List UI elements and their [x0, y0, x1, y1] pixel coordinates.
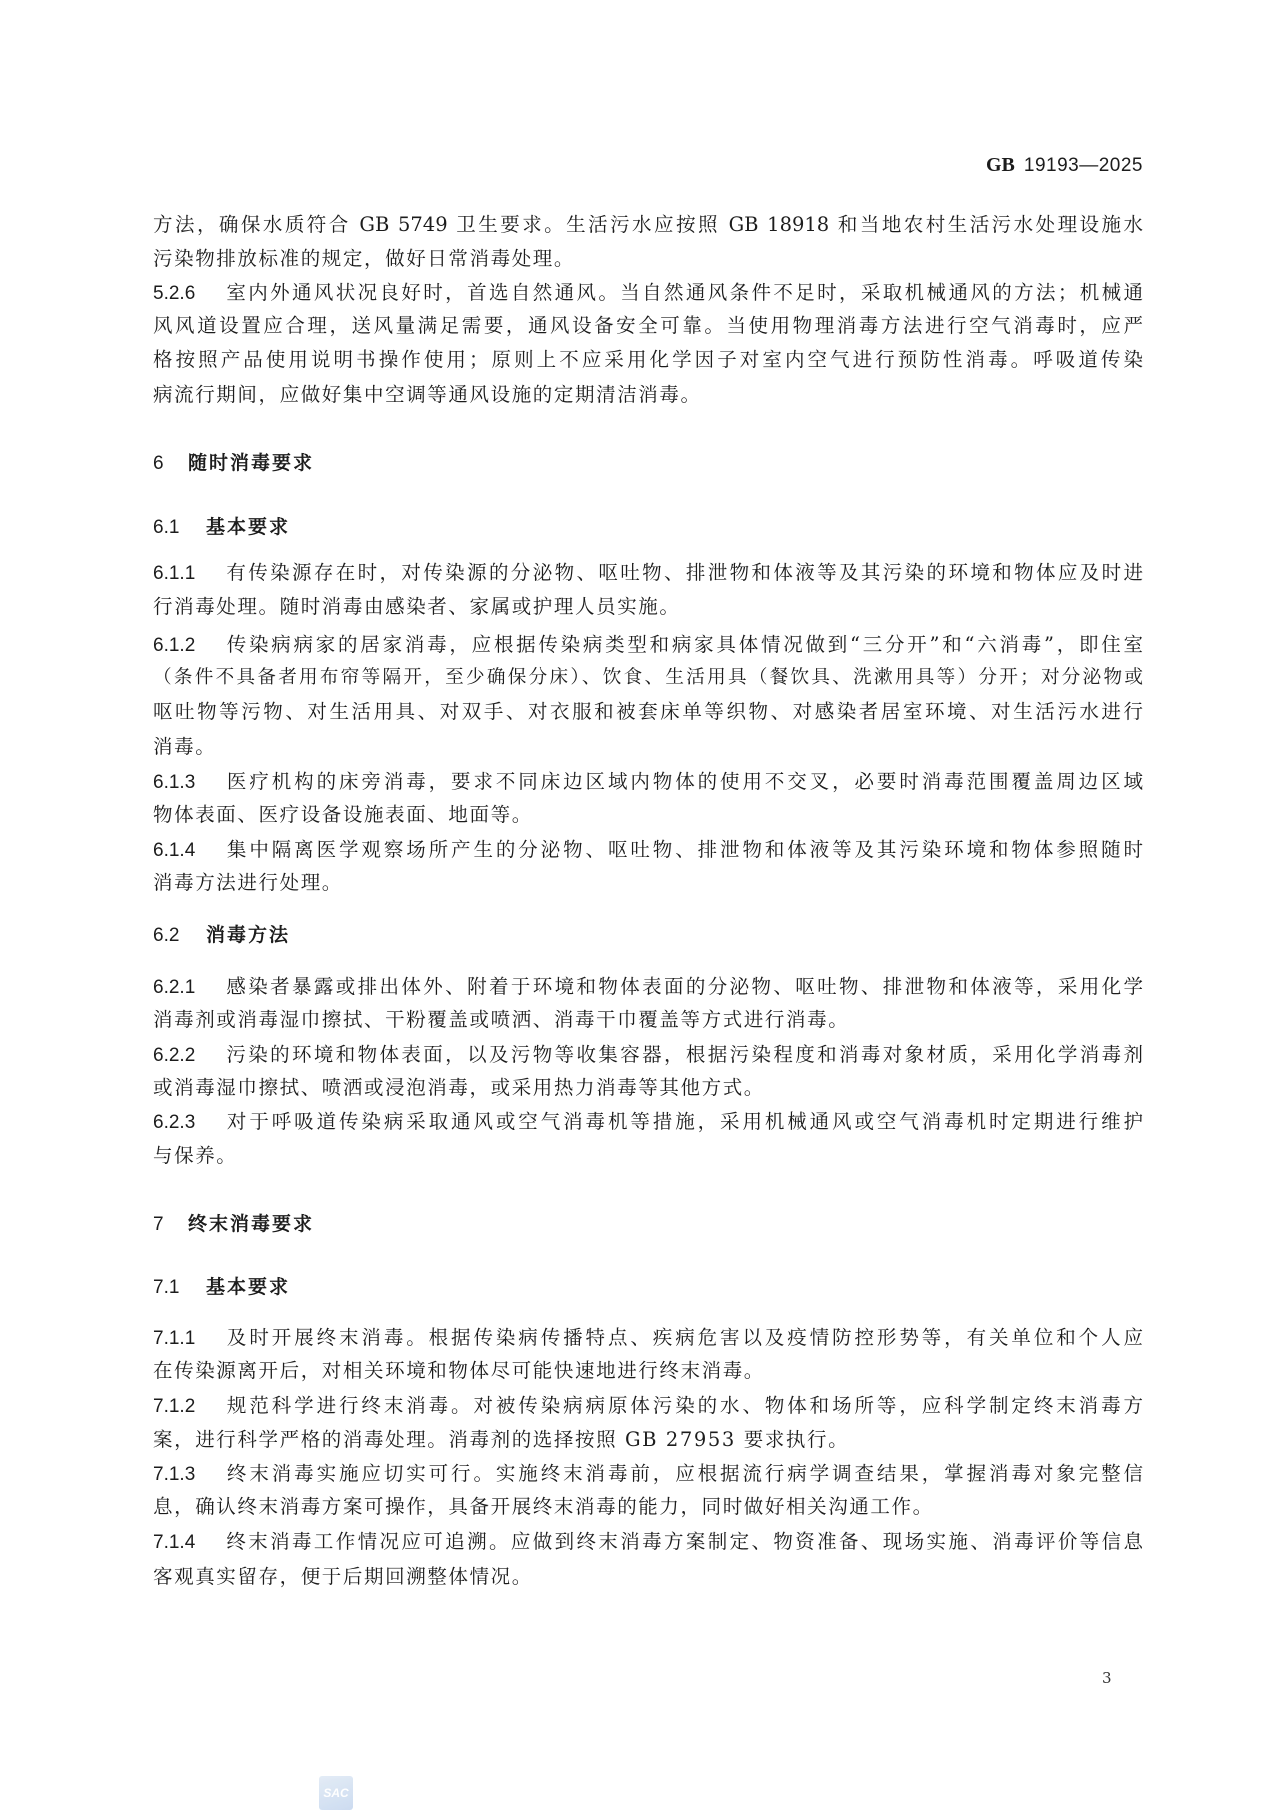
clause-6-2-3: 6.2.3对于呼吸道传染病采取通风或空气消毒机等措施，采用机械通风或空气消毒机时… — [153, 1107, 1143, 1137]
paragraph-line: 格按照产品使用说明书操作使用；原则上不应采用化学因子对室内空气进行预防性消毒。呼… — [153, 345, 1143, 375]
section-heading-6: 6随时消毒要求 — [153, 448, 314, 478]
clause-7-1-4: 7.1.4终末消毒工作情况应可追溯。应做到终末消毒方案制定、物资准备、现场实施、… — [153, 1527, 1143, 1557]
clause-number: 6.2.2 — [153, 1041, 224, 1071]
standard-identifier: GB19193—2025 — [986, 150, 1143, 181]
clause-number: 5.2.6 — [153, 279, 224, 309]
subsection-title: 基本要求 — [206, 516, 290, 538]
subsection-heading-6-1: 6.1基本要求 — [153, 512, 290, 542]
clause-6-1-3: 6.1.3医疗机构的床旁消毒，要求不同床边区域内物体的使用不交叉，必要时消毒范围… — [153, 767, 1143, 797]
section-title: 终末消毒要求 — [188, 1213, 314, 1235]
paragraph-line: 在传染源离开后，对相关环境和物体尽可能快速地进行终末消毒。 — [153, 1356, 1143, 1386]
clause-text: 室内外通风状况良好时，首选自然通风。当自然通风条件不足时，采取机械通风的方法；机… — [224, 281, 1143, 304]
clause-number: 6.1.1 — [153, 559, 224, 589]
paragraph-line: 与保养。 — [153, 1141, 1143, 1171]
paragraph-line: 方法，确保水质符合 GB 5749 卫生要求。生活污水应按照 GB 18918 … — [153, 210, 1143, 240]
standard-number: 19193—2025 — [1024, 155, 1143, 176]
section-heading-7: 7终末消毒要求 — [153, 1209, 314, 1239]
paragraph-line: 消毒方法进行处理。 — [153, 868, 1143, 898]
subsection-number: 7.1 — [153, 1273, 206, 1303]
clause-number: 6.1.2 — [153, 631, 224, 661]
clause-6-1-2: 6.1.2传染病病家的居家消毒，应根据传染病类型和病家具体情况做到“三分开”和“… — [153, 630, 1143, 660]
paragraph-line: 消毒剂或消毒湿巾擦拭、干粉覆盖或喷洒、消毒干巾覆盖等方式进行消毒。 — [153, 1005, 1143, 1035]
subsection-number: 6.2 — [153, 921, 206, 951]
clause-text: 规范科学进行终末消毒。对被传染病病原体污染的水、物体和场所等，应科学制定终末消毒… — [224, 1394, 1143, 1417]
paragraph-line: 客观真实留存，便于后期回溯整体情况。 — [153, 1562, 1143, 1592]
clause-6-1-1: 6.1.1有传染源存在时，对传染源的分泌物、呕吐物、排泄物和体液等及其污染的环境… — [153, 558, 1143, 588]
subsection-number: 6.1 — [153, 513, 206, 543]
standard-prefix: GB — [986, 154, 1015, 176]
clause-text: 终末消毒实施应切实可行。实施终末消毒前，应根据流行病学调查结果，掌握消毒对象完整… — [224, 1462, 1143, 1485]
clause-number: 7.1.4 — [153, 1528, 224, 1558]
paragraph-line: 风风道设置应合理，送风量满足需要，通风设备安全可靠。当使用物理消毒方法进行空气消… — [153, 311, 1143, 341]
subsection-title: 消毒方法 — [206, 924, 290, 946]
clause-7-1-1: 7.1.1及时开展终末消毒。根据传染病传播特点、疾病危害以及疫情防控形势等，有关… — [153, 1323, 1143, 1353]
paragraph-line: 行消毒处理。随时消毒由感染者、家属或护理人员实施。 — [153, 592, 1143, 622]
clause-text: 对于呼吸道传染病采取通风或空气消毒机等措施，采用机械通风或空气消毒机时定期进行维… — [224, 1110, 1143, 1133]
clause-text: 有传染源存在时，对传染源的分泌物、呕吐物、排泄物和体液等及其污染的环境和物体应及… — [224, 561, 1143, 584]
paragraph-line: （条件不具备者用布帘等隔开，至少确保分床）、饮食、生活用具（餐饮具、洗漱用具等）… — [153, 663, 1143, 693]
paragraph-line: 息，确认终末消毒方案可操作，具备开展终末消毒的能力，同时做好相关沟通工作。 — [153, 1492, 1143, 1522]
clause-text: 医疗机构的床旁消毒，要求不同床边区域内物体的使用不交叉，必要时消毒范围覆盖周边区… — [224, 770, 1143, 793]
paragraph-line: 病流行期间，应做好集中空调等通风设施的定期清洁消毒。 — [153, 380, 1143, 410]
clause-number: 7.1.2 — [153, 1392, 224, 1422]
paragraph-line: 案，进行科学严格的消毒处理。消毒剂的选择按照 GB 27953 要求执行。 — [153, 1425, 1143, 1455]
clause-text: 终末消毒工作情况应可追溯。应做到终末消毒方案制定、物资准备、现场实施、消毒评价等… — [224, 1530, 1143, 1553]
sac-watermark-logo-icon: SAC — [319, 1776, 353, 1810]
page-number: 3 — [1102, 1665, 1112, 1691]
clause-number: 7.1.1 — [153, 1324, 224, 1354]
paragraph-line: 呕吐物等污物、对生活用具、对双手、对衣服和被套床单等织物、对感染者居室环境、对生… — [153, 697, 1143, 727]
clause-number: 6.1.4 — [153, 836, 224, 866]
clause-number: 6.1.3 — [153, 768, 224, 798]
paragraph-line: 消毒。 — [153, 732, 1143, 762]
section-number: 6 — [153, 449, 188, 479]
clause-text: 及时开展终末消毒。根据传染病传播特点、疾病危害以及疫情防控形势等，有关单位和个人… — [224, 1326, 1143, 1349]
clause-text: 污染的环境和物体表面，以及污物等收集容器，根据污染程度和消毒对象材质，采用化学消… — [224, 1043, 1143, 1066]
clause-7-1-2: 7.1.2规范科学进行终末消毒。对被传染病病原体污染的水、物体和场所等，应科学制… — [153, 1391, 1143, 1421]
clause-7-1-3: 7.1.3终末消毒实施应切实可行。实施终末消毒前，应根据流行病学调查结果，掌握消… — [153, 1459, 1143, 1489]
paragraph-line: 或消毒湿巾擦拭、喷洒或浸泡消毒，或采用热力消毒等其他方式。 — [153, 1073, 1143, 1103]
clause-6-1-4: 6.1.4集中隔离医学观察场所产生的分泌物、呕吐物、排泄物和体液等及其污染环境和… — [153, 835, 1143, 865]
paragraph-line: 污染物排放标准的规定，做好日常消毒处理。 — [153, 244, 1143, 274]
subsection-title: 基本要求 — [206, 1276, 290, 1298]
subsection-heading-7-1: 7.1基本要求 — [153, 1272, 290, 1302]
paragraph-line: 物体表面、医疗设备设施表面、地面等。 — [153, 800, 1143, 830]
clause-number: 6.2.3 — [153, 1108, 224, 1138]
section-title: 随时消毒要求 — [188, 452, 314, 474]
clause-6-2-2: 6.2.2污染的环境和物体表面，以及污物等收集容器，根据污染程度和消毒对象材质，… — [153, 1040, 1143, 1070]
clause-5-2-6: 5.2.6室内外通风状况良好时，首选自然通风。当自然通风条件不足时，采取机械通风… — [153, 278, 1143, 308]
section-number: 7 — [153, 1210, 188, 1240]
document-page: GB19193—2025 方法，确保水质符合 GB 5749 卫生要求。生活污水… — [0, 0, 1280, 1810]
clause-number: 6.2.1 — [153, 973, 224, 1003]
clause-text: 感染者暴露或排出体外、附着于环境和物体表面的分泌物、呕吐物、排泄物和体液等，采用… — [224, 975, 1143, 998]
clause-number: 7.1.3 — [153, 1460, 224, 1490]
subsection-heading-6-2: 6.2消毒方法 — [153, 920, 290, 950]
clause-text: 集中隔离医学观察场所产生的分泌物、呕吐物、排泄物和体液等及其污染环境和物体参照随… — [224, 838, 1143, 861]
clause-text: 传染病病家的居家消毒，应根据传染病类型和病家具体情况做到“三分开”和“六消毒”，… — [224, 633, 1143, 656]
clause-6-2-1: 6.2.1感染者暴露或排出体外、附着于环境和物体表面的分泌物、呕吐物、排泄物和体… — [153, 972, 1143, 1002]
